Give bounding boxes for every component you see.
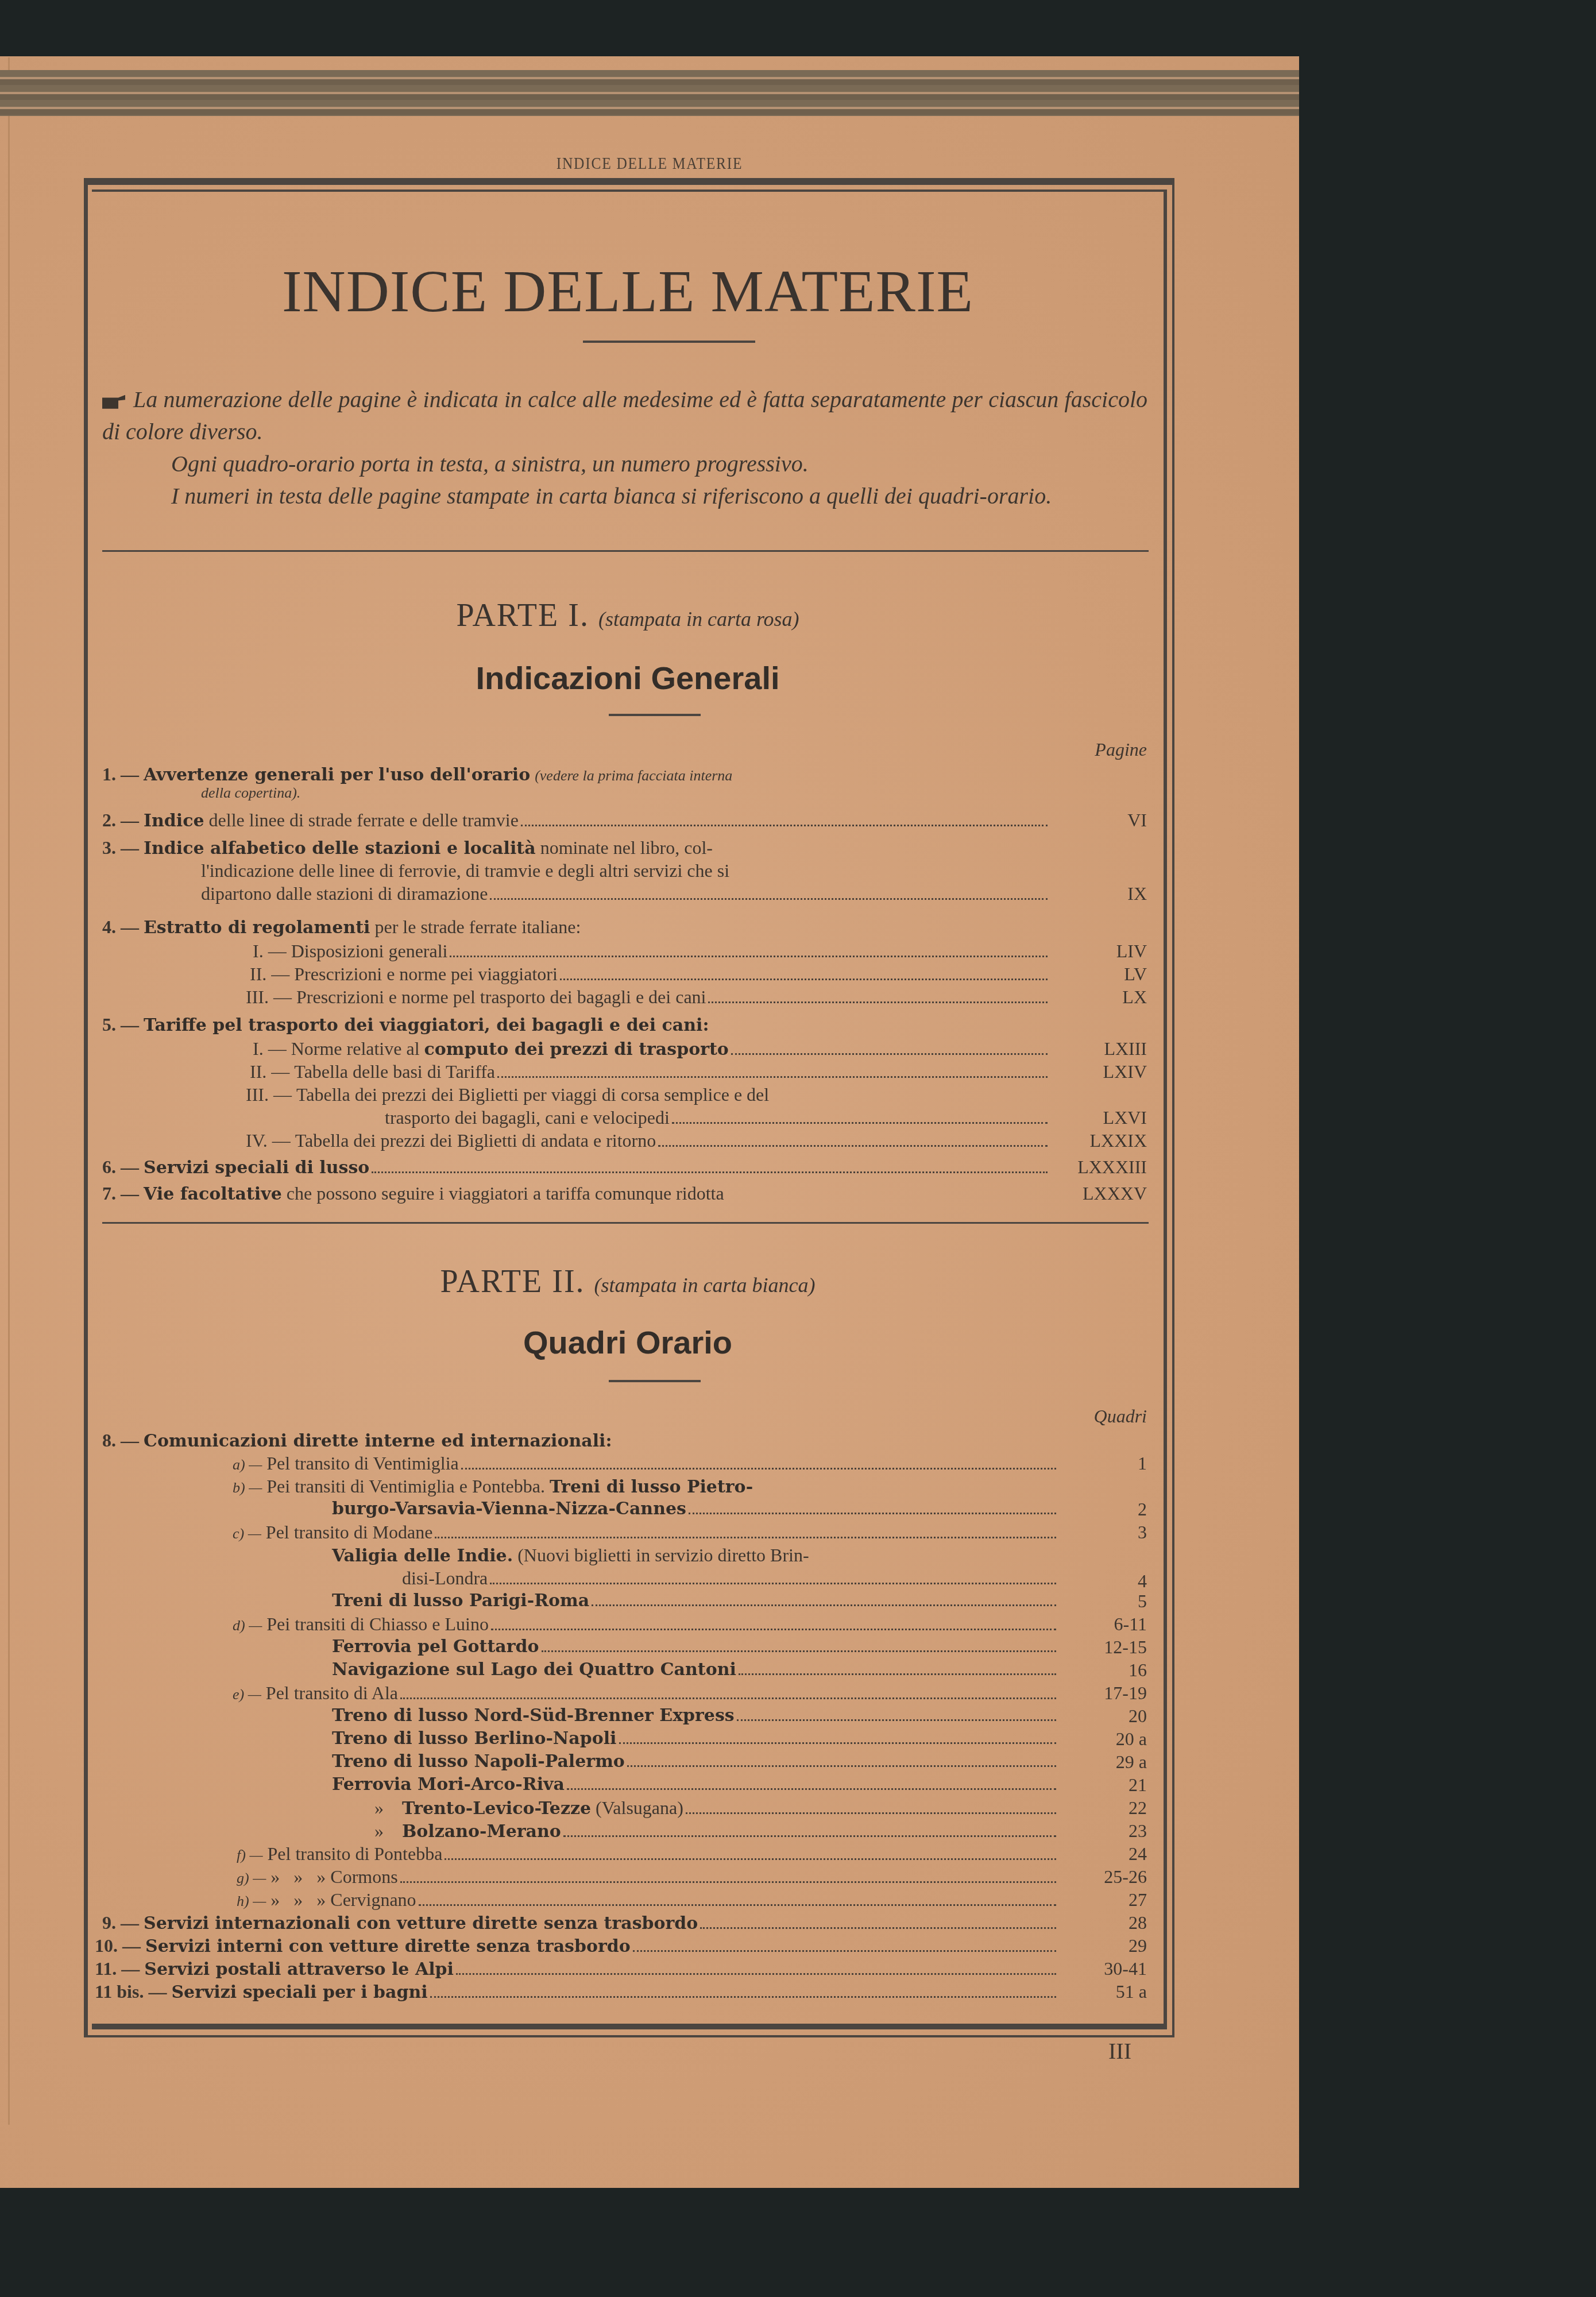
dot-leader — [633, 1950, 1056, 1952]
page-ref: LXVI — [1103, 1107, 1147, 1128]
toc-entry-5[interactable]: 5. — Tariffe pel trasporto dei viaggiato… — [102, 1014, 709, 1035]
toc-entry-11[interactable]: 11. — Servizi postali attraverso le Alpi — [95, 1958, 1058, 1979]
dot-leader — [400, 1697, 1056, 1699]
dot-leader — [739, 1673, 1056, 1675]
quadro-ref: 27 — [1129, 1889, 1147, 1911]
part-2-section-title: Quadri Orario — [92, 1324, 1164, 1361]
toc-subentry[interactable]: III. — Prescrizioni e norme pel trasport… — [246, 987, 1050, 1008]
quadro-ref: 30-41 — [1104, 1958, 1147, 1979]
dot-leader — [372, 1171, 1048, 1173]
dot-leader — [560, 979, 1048, 980]
quadro-ref: 2 — [1138, 1499, 1147, 1520]
part-1-section-title: Indicazioni Generali — [92, 659, 1164, 697]
toc-entry-3-cont: l'indicazione delle linee di ferrovie, d… — [201, 860, 729, 881]
running-head: INDICE DELLE MATERIE — [98, 154, 1202, 173]
quadro-ref: 29 — [1129, 1935, 1147, 1956]
toc-subentry[interactable]: III. — Tabella dei prezzi dei Biglietti … — [246, 1084, 769, 1105]
page-stack-edge — [0, 70, 1299, 116]
dot-leader — [430, 1996, 1056, 1998]
toc-subentry-cont: burgo-Varsavia-Vienna-Nizza-Cannes — [332, 1499, 1058, 1519]
dot-leader — [456, 1973, 1056, 1975]
dot-leader — [708, 1001, 1048, 1003]
toc-entry-10[interactable]: 10. — Servizi interni con vetture dirett… — [95, 1935, 1058, 1956]
page-number: III — [1108, 2037, 1131, 2064]
toc-subentry[interactable]: h) — » » » Cervignano — [237, 1889, 1058, 1911]
toc-subentry[interactable]: II. — Prescrizioni e norme pei viaggiato… — [250, 964, 1050, 985]
quadro-ref: 22 — [1129, 1797, 1147, 1819]
part-1-rule — [609, 714, 701, 716]
toc-subentry[interactable]: I. — Norme relative al computo dei prezz… — [253, 1038, 1050, 1059]
toc-subentry[interactable]: Treno di lusso Nord-Süd-Brenner Express — [332, 1706, 1058, 1726]
toc-subentry[interactable]: II. — Tabella delle basi di Tariffa — [250, 1061, 1050, 1082]
toc-subentry[interactable]: b) — Pei transiti di Ventimiglia e Ponte… — [233, 1476, 753, 1497]
quadri-column-label: Quadri — [1094, 1406, 1147, 1427]
quadro-ref: 4 — [1138, 1571, 1147, 1592]
dot-leader — [737, 1719, 1056, 1721]
section-divider — [102, 1222, 1149, 1224]
toc-subentry[interactable]: Treno di lusso Berlino-Napoli — [332, 1728, 1058, 1749]
toc-subentry[interactable]: Ferrovia pel Gottardo — [332, 1637, 1058, 1657]
page-ref: LXIII — [1104, 1038, 1147, 1059]
toc-subentry[interactable]: Treni di lusso Parigi-Roma — [332, 1591, 1058, 1611]
page-ref: LXIV — [1103, 1061, 1147, 1082]
page-ref: LXXXV — [1083, 1183, 1147, 1204]
quadro-ref: 1 — [1138, 1453, 1147, 1474]
toc-entry-7[interactable]: 7. — Vie facoltative che possono seguire… — [102, 1183, 724, 1204]
dot-leader — [490, 1583, 1056, 1584]
toc-subentry[interactable]: » Trento-Levico-Tezze (Valsugana) — [374, 1797, 1058, 1819]
quadro-ref: 20 a — [1116, 1728, 1147, 1750]
quadro-ref: 17-19 — [1104, 1683, 1147, 1704]
dot-leader — [542, 1650, 1056, 1652]
toc-subentry[interactable]: Ferrovia Mori-Arco-Riva — [332, 1774, 1058, 1795]
toc-entry-1-cont: della copertina). — [201, 784, 300, 802]
toc-subentry[interactable]: f) — Pel transito di Pontebba — [237, 1843, 1058, 1865]
toc-subentry[interactable]: d) — Pei transiti di Chiasso e Luino — [233, 1614, 1058, 1635]
toc-subentry-cont: trasporto dei bagagli, cani e velocipedi — [385, 1107, 1050, 1128]
page-ref: VI — [1127, 810, 1147, 831]
pointing-hand-icon — [102, 395, 125, 409]
dot-leader — [619, 1742, 1056, 1744]
dot-leader — [627, 1765, 1056, 1767]
dot-leader — [445, 1858, 1056, 1860]
dot-leader — [567, 1788, 1056, 1790]
section-divider — [102, 550, 1149, 552]
dot-leader — [400, 1881, 1056, 1883]
pages-column-label: Pagine — [1095, 739, 1147, 760]
toc-subentry[interactable]: a) — Pel transito di Ventimiglia — [233, 1453, 1058, 1474]
intro-note-2: Ogni quadro-orario porta in testa, a sin… — [102, 448, 1147, 480]
dot-leader — [592, 1604, 1056, 1606]
quadro-ref: 3 — [1138, 1522, 1147, 1543]
quadro-ref: 5 — [1138, 1591, 1147, 1612]
dot-leader — [672, 1122, 1048, 1124]
page-ref: LXXIX — [1089, 1130, 1147, 1151]
page-edge — [8, 57, 10, 2125]
toc-entry-11bis[interactable]: 11 bis. — Servizi speciali per i bagni — [95, 1981, 1058, 2002]
dot-leader — [450, 956, 1048, 957]
toc-subentry[interactable]: Treno di lusso Napoli-Palermo — [332, 1751, 1058, 1772]
quadro-ref: 23 — [1129, 1820, 1147, 1842]
page-ref: LIV — [1116, 941, 1147, 962]
intro-note-3: I numeri in testa delle pagine stampate … — [102, 480, 1147, 512]
quadro-ref: 21 — [1129, 1774, 1147, 1796]
dot-leader — [461, 1468, 1056, 1470]
quadro-ref: 20 — [1129, 1706, 1147, 1727]
quadro-ref: 25-26 — [1104, 1866, 1147, 1888]
dot-leader — [521, 825, 1048, 826]
toc-subentry[interactable]: IV. — Tabella dei prezzi dei Biglietti d… — [246, 1130, 1050, 1151]
toc-entry-8[interactable]: 8. — Comunicazioni dirette interne ed in… — [102, 1430, 612, 1451]
page-ref: IX — [1127, 883, 1147, 904]
dot-leader — [419, 1904, 1056, 1906]
quadro-ref: 29 a — [1116, 1751, 1147, 1773]
dot-leader — [563, 1835, 1056, 1837]
part-1-heading: PARTE I. (stampata in carta rosa) — [92, 597, 1164, 634]
quadro-ref: 16 — [1129, 1660, 1147, 1681]
dot-leader — [491, 1629, 1056, 1630]
page-title: INDICE DELLE MATERIE — [92, 257, 1164, 326]
quadro-ref: 51 a — [1116, 1981, 1147, 2002]
toc-subentry[interactable]: g) — » » » Cormons — [237, 1866, 1058, 1888]
intro-notes: La numerazione delle pagine è indicata i… — [102, 384, 1147, 512]
toc-subentry[interactable]: c) — Pel transito di Modane — [233, 1522, 1058, 1543]
toc-subentry[interactable]: I. — Disposizioni generali — [253, 941, 1050, 962]
quadro-ref: 28 — [1129, 1912, 1147, 1933]
toc-entry-3-cont: dipartono dalle stazioni di diramazione — [201, 883, 1050, 904]
toc-subentry[interactable]: Valigia delle Indie. (Nuovi biglietti in… — [332, 1545, 809, 1566]
toc-entry-3[interactable]: 3. — Indice alfabetico delle stazioni e … — [102, 837, 713, 859]
toc-entry-1[interactable]: 1. — Avvertenze generali per l'uso dell'… — [102, 764, 732, 785]
dot-leader — [686, 1812, 1056, 1814]
toc-entry-9[interactable]: 9. — Servizi internazionali con vetture … — [102, 1912, 1058, 1933]
quadro-ref: 6-11 — [1114, 1614, 1147, 1635]
toc-subentry[interactable]: e) — Pel transito di Ala — [233, 1683, 1058, 1704]
intro-note-1: La numerazione delle pagine è indicata i… — [102, 384, 1147, 448]
toc-subentry[interactable]: Navigazione sul Lago dei Quattro Cantoni — [332, 1660, 1058, 1680]
dot-leader — [490, 898, 1048, 900]
toc-subentry-cont: disi-Londra — [402, 1568, 1058, 1589]
page-ref: LX — [1122, 987, 1147, 1008]
dot-leader — [497, 1076, 1048, 1078]
dot-leader — [658, 1145, 1048, 1147]
dot-leader — [435, 1537, 1056, 1538]
toc-entry-2[interactable]: 2. — Indice delle linee di strade ferrat… — [102, 810, 1050, 831]
toc-subentry[interactable]: » Bolzano-Merano — [374, 1820, 1058, 1842]
title-rule — [583, 341, 755, 343]
dot-leader — [700, 1927, 1056, 1929]
quadro-ref: 24 — [1129, 1843, 1147, 1865]
part-2-heading: PARTE II. (stampata in carta bianca) — [92, 1263, 1164, 1300]
dot-leader — [731, 1053, 1048, 1055]
toc-entry-6[interactable]: 6. — Servizi speciali di lusso — [102, 1157, 1050, 1178]
page-ref: LXXXIII — [1077, 1157, 1147, 1178]
part-2-rule — [609, 1380, 701, 1382]
page-ref: LV — [1124, 964, 1147, 985]
dot-leader — [689, 1513, 1056, 1514]
toc-entry-4[interactable]: 4. — Estratto di regolamenti per le stra… — [102, 917, 581, 938]
quadro-ref: 12-15 — [1104, 1637, 1147, 1658]
